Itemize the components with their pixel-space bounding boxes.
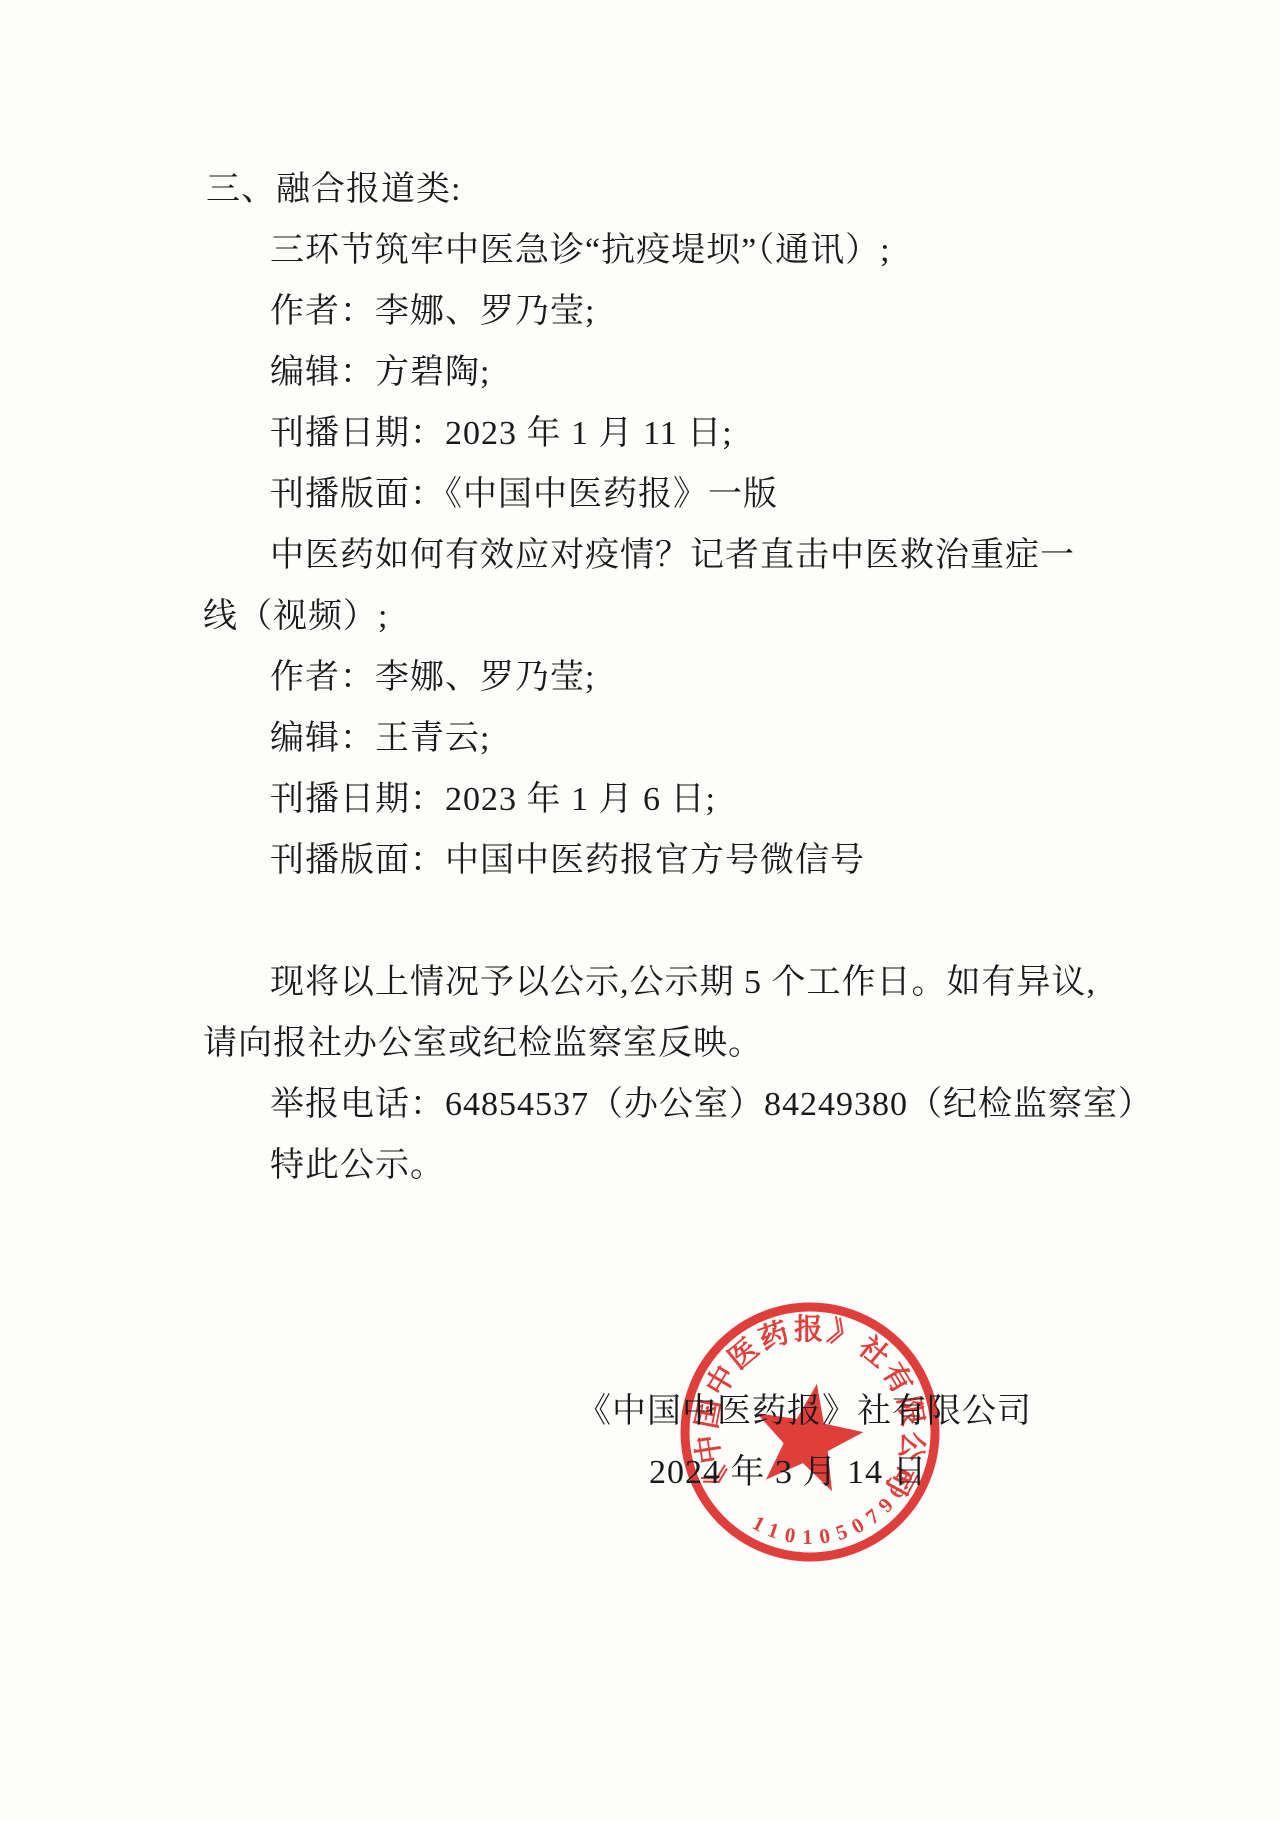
author-line: 作者：李娜、罗乃莹; [0,281,1280,342]
notice-wrap-line: 请向报社办公室或纪检监察室反映。 [0,1013,1280,1074]
editor-line: 编辑：王青云; [0,708,1280,769]
article-title-wrap-line: 线（视频）; [0,586,1280,647]
publish-page-line: 刊播版面：中国中医药报官方号微信号 [0,830,1280,891]
section-heading: 三、融合报道类: [0,159,1280,220]
editor-line: 编辑：方碧陶; [0,342,1280,403]
signature-date: 2024 年 3 月 14 日 [649,1442,928,1503]
author-line: 作者：李娜、罗乃莹; [0,647,1280,708]
signature-company: 《中国中医药报》社有限公司 [577,1381,1032,1442]
article-title-line: 三环节筑牢中医急诊“抗疫堤坝”（通讯）; [0,220,1280,281]
notice-line: 现将以上情况予以公示,公示期 5 个工作日。如有异议, [0,952,1280,1013]
publish-date-line: 刊播日期：2023 年 1 月 11 日; [0,403,1280,464]
blank-line [0,891,1280,952]
document-body: 三、融合报道类: 三环节筑牢中医急诊“抗疫堤坝”（通讯）; 作者：李娜、罗乃莹;… [0,159,1280,1196]
closing-line: 特此公示。 [0,1135,1280,1196]
publish-page-line: 刊播版面：《中国中医药报》一版 [0,464,1280,525]
scanned-notice-page: 三、融合报道类: 三环节筑牢中医急诊“抗疫堤坝”（通讯）; 作者：李娜、罗乃莹;… [0,0,1280,1821]
publish-date-line: 刊播日期：2023 年 1 月 6 日; [0,769,1280,830]
report-phone-line: 举报电话：64854537（办公室）84249380（纪检监察室） [0,1074,1280,1135]
article-title-line: 中医药如何有效应对疫情？记者直击中医救治重症一 [0,525,1280,586]
